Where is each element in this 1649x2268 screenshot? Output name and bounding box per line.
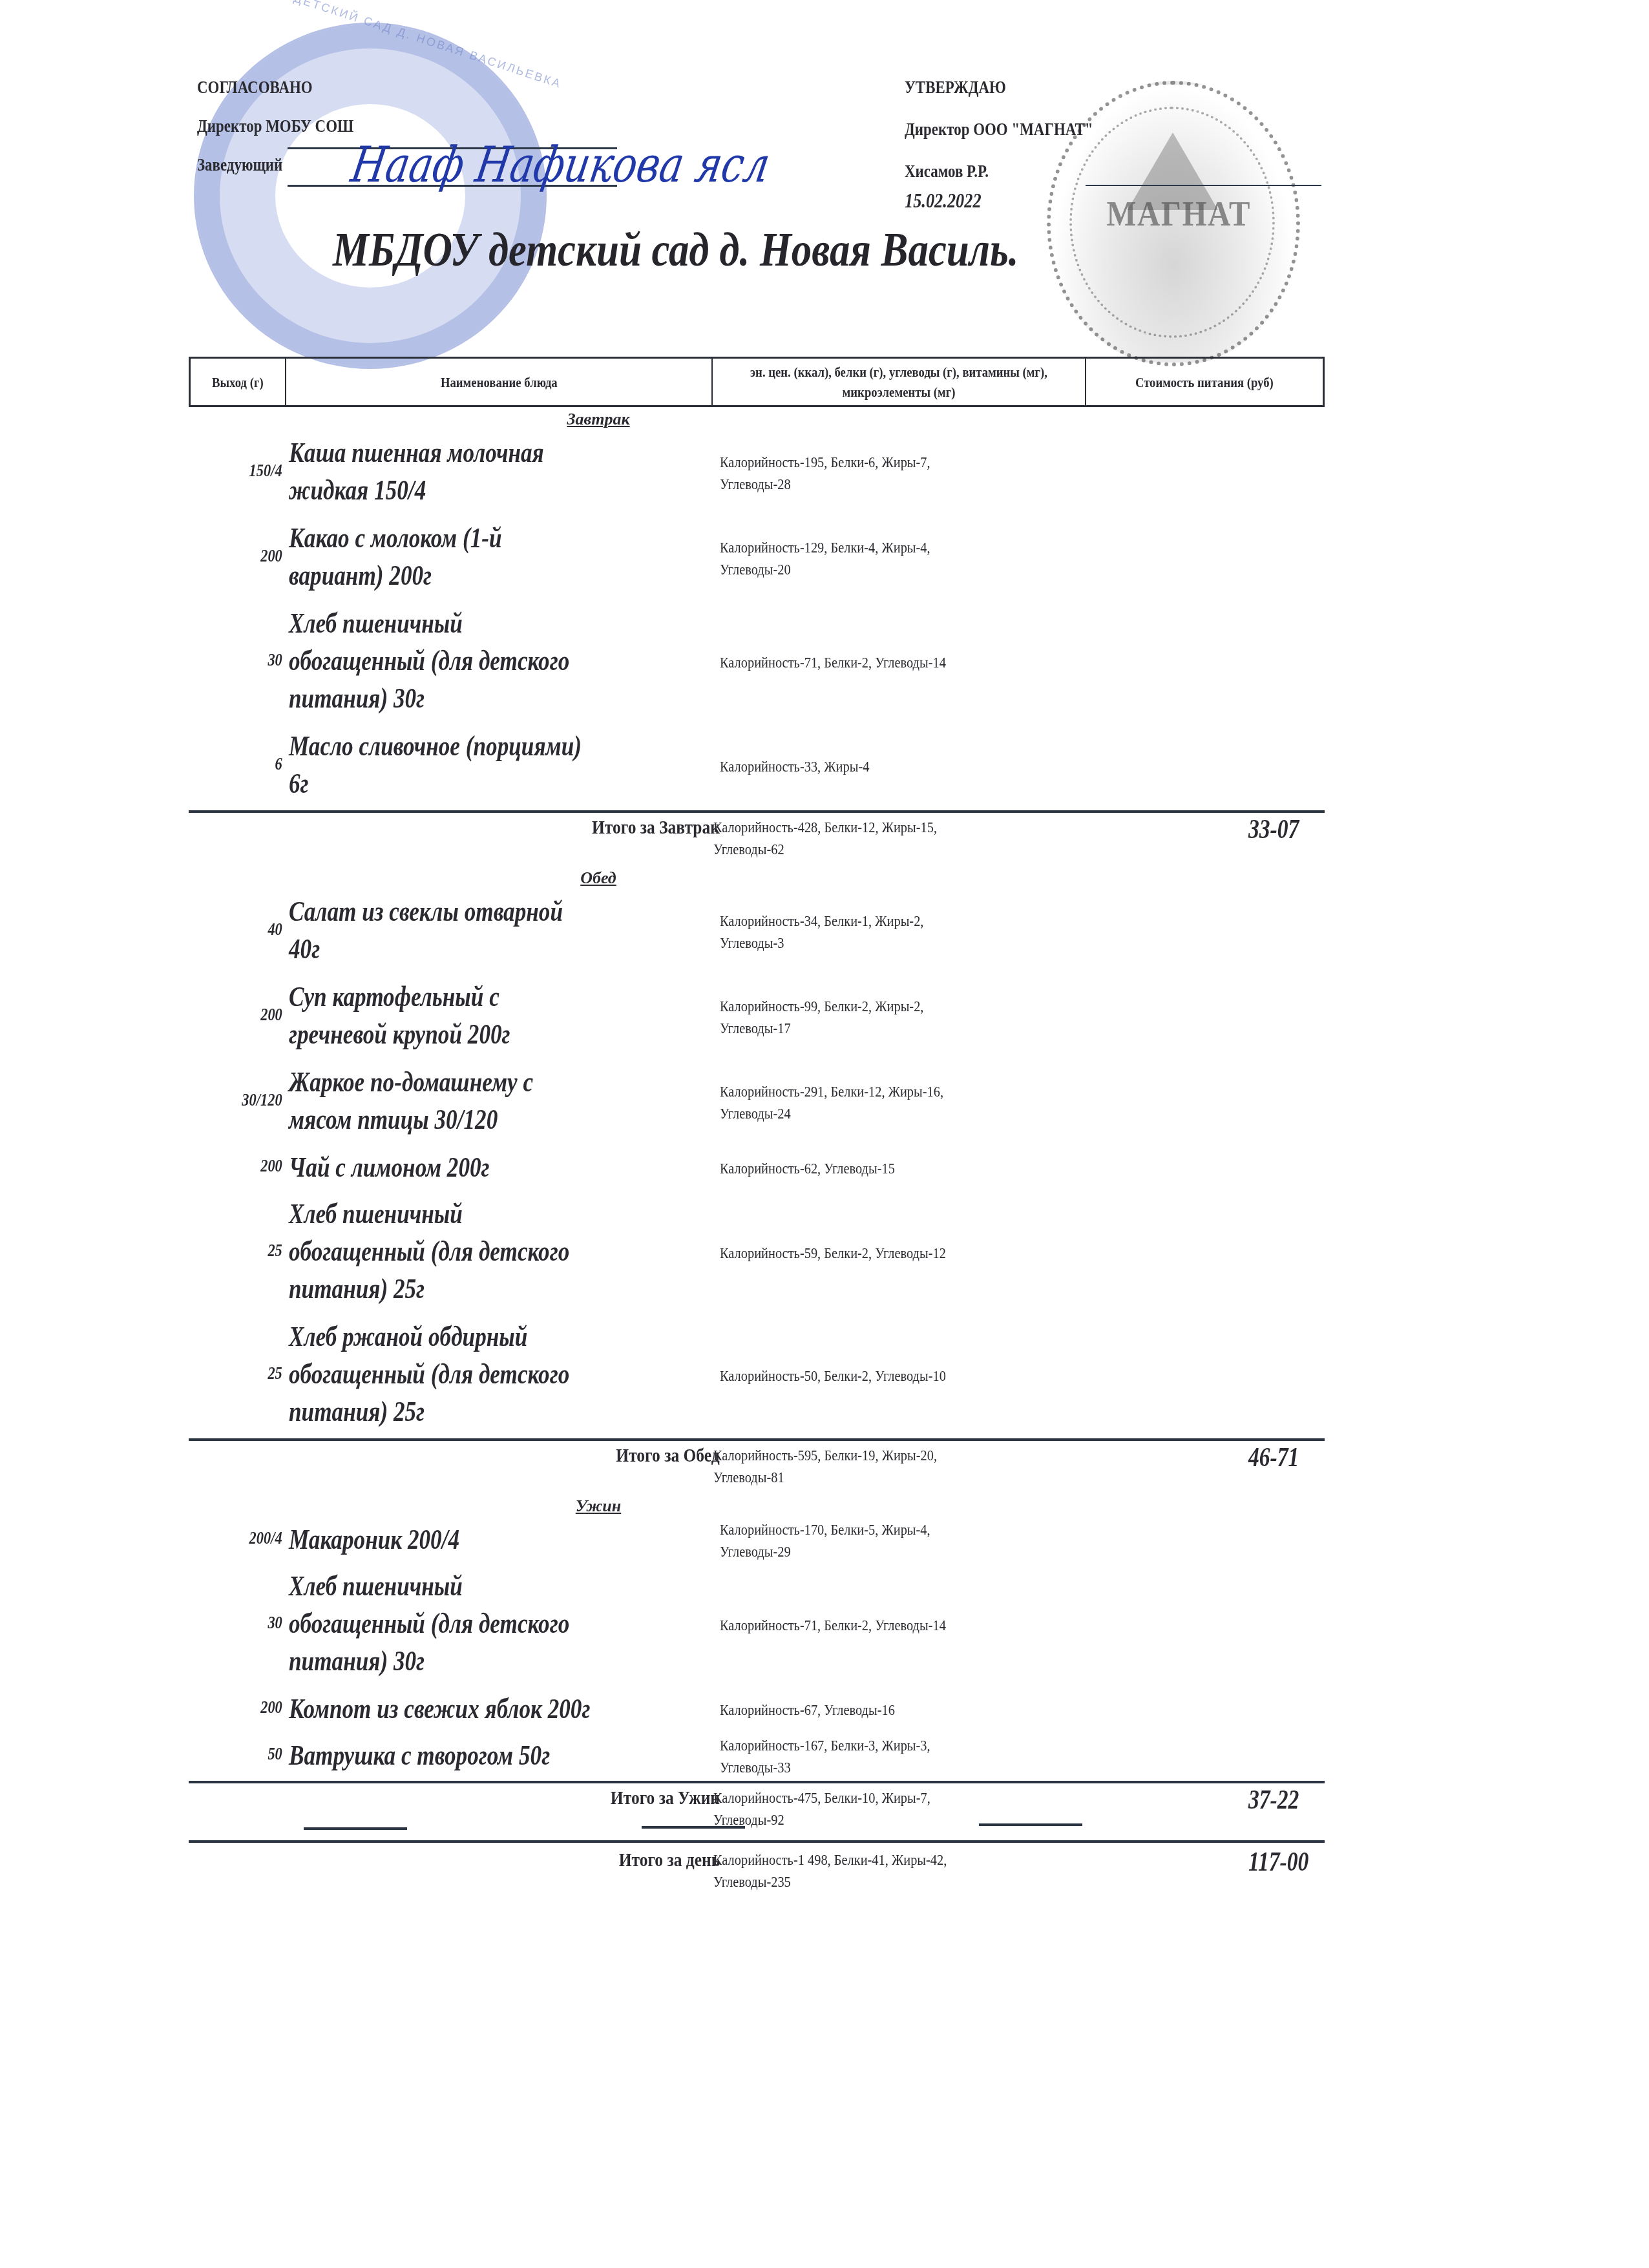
section-total-cost: 46-71 — [1248, 1442, 1299, 1473]
output-weight: 200 — [189, 1005, 284, 1025]
day-total-row: Итого за деньКалорийность-1 498, Белки-4… — [189, 1849, 1325, 1896]
section-total-nutrition: Калорийность-595, Белки-19, Жиры-20, Угл… — [713, 1445, 1101, 1489]
section-total-nutrition: Калорийность-428, Белки-12, Жиры-15, Угл… — [713, 817, 1101, 861]
dish-nutrition: Калорийность-167, Белки-3, Жиры-3, Углев… — [720, 1735, 1108, 1779]
approval-left-heading: СОГЛАСОВАНО — [197, 78, 313, 98]
section-title: Ужин — [0, 1496, 1423, 1516]
table-header: Выход (г) Наименование блюда эн. цен. (к… — [189, 357, 1325, 407]
header-cost: Стоимость питания (руб) — [1086, 359, 1323, 405]
dish-nutrition: Калорийность-170, Белки-5, Жиры-4, Углев… — [720, 1519, 1108, 1563]
day-total-cost: 117-00 — [1248, 1847, 1308, 1878]
menu-item-row: 40Салат из свеклы отварной40гКалорийност… — [189, 893, 1325, 972]
blank-signature-3 — [979, 1823, 1082, 1826]
menu-item-row: 6Масло сливочное (порциями)6гКалорийност… — [189, 728, 1325, 806]
dish-name: Жаркое по-домашнему смясом птицы 30/120 — [289, 1064, 728, 1139]
dish-name: Хлеб пшеничныйобогащенный (для детскогоп… — [289, 605, 728, 717]
approval-left-position: Директор МОБУ СОШ — [197, 116, 353, 136]
day-total-divider — [189, 1840, 1325, 1843]
dish-nutrition: Калорийность-71, Белки-2, Углеводы-14 — [720, 652, 1108, 674]
section-title: Завтрак — [0, 410, 1423, 429]
output-weight: 30/120 — [189, 1090, 284, 1111]
menu-item-row: 25Хлеб ржаной обдирныйобогащенный (для д… — [189, 1318, 1325, 1434]
section-total-cost: 33-07 — [1248, 814, 1299, 845]
menu-item-row: 200Какао с молоком (1-йвариант) 200гКало… — [189, 520, 1325, 598]
section-divider — [189, 1438, 1325, 1441]
dish-nutrition: Калорийность-195, Белки-6, Жиры-7, Углев… — [720, 452, 1108, 496]
dish-nutrition: Калорийность-50, Белки-2, Углеводы-10 — [720, 1365, 1108, 1387]
dish-name: Компот из свежих яблок 200г — [289, 1690, 728, 1728]
approval-left-role: Заведующий — [197, 155, 282, 175]
dish-name: Чай с лимоном 200г — [289, 1149, 728, 1186]
approval-right-position: Директор ООО "МАГНАТ" — [905, 120, 1093, 140]
menu-item-row: 200Чай с лимоном 200гКалорийность-62, Уг… — [189, 1149, 1325, 1189]
dish-name: Хлеб пшеничныйобогащенный (для детскогоп… — [289, 1195, 728, 1308]
output-weight: 40 — [189, 919, 284, 940]
dish-name: Суп картофельный сгречневой крупой 200г — [289, 978, 728, 1053]
header-nutrition: эн. цен. (ккал), белки (г), углеводы (г)… — [713, 359, 1086, 405]
day-total-nutrition: Калорийность-1 498, Белки-41, Жиры-42, У… — [713, 1849, 1101, 1893]
output-weight: 30 — [189, 650, 284, 671]
menu-item-row: 200/4Макароник 200/4Калорийность-170, Бе… — [189, 1521, 1325, 1561]
school-stamp — [194, 23, 547, 369]
menu-item-row: 30Хлеб пшеничныйобогащенный (для детског… — [189, 605, 1325, 721]
company-stamp-text: МАГНАТ — [1106, 194, 1251, 234]
dish-name: Масло сливочное (порциями)6г — [289, 728, 728, 803]
section-total-row: Итого за ОбедКалорийность-595, Белки-19,… — [189, 1445, 1325, 1491]
header-output: Выход (г) — [191, 359, 286, 405]
output-weight: 25 — [189, 1241, 284, 1261]
output-weight: 200 — [189, 1697, 284, 1718]
menu-item-row: 30Хлеб пшеничныйобогащенный (для детског… — [189, 1568, 1325, 1684]
dish-nutrition: Калорийность-33, Жиры-4 — [720, 756, 1108, 778]
output-weight: 200 — [189, 1156, 284, 1177]
approval-right-name: Хисамов Р.Р. — [905, 162, 989, 182]
menu-item-row: 200Компот из свежих яблок 200гКалорийнос… — [189, 1690, 1325, 1730]
output-weight: 50 — [189, 1744, 284, 1765]
dish-name: Хлеб ржаной обдирныйобогащенный (для дет… — [289, 1318, 728, 1431]
output-weight: 150/4 — [189, 461, 284, 481]
director-signature: Нааф Нафикова ясл — [347, 136, 773, 193]
menu-item-row: 50Ватрушка с творогом 50гКалорийность-16… — [189, 1737, 1325, 1777]
menu-item-row: 200 Суп картофельный сгречневой крупой 2… — [189, 978, 1325, 1057]
dish-nutrition: Калорийность-129, Белки-4, Жиры-4, Углев… — [720, 537, 1108, 581]
dish-nutrition: Калорийность-62, Углеводы-15 — [720, 1158, 1108, 1180]
section-total-label: Итого за Ужин — [611, 1787, 720, 1809]
dish-nutrition: Калорийность-34, Белки-1, Жиры-2, Углево… — [720, 910, 1108, 954]
output-weight: 6 — [189, 754, 284, 775]
section-total-cost: 37-22 — [1248, 1785, 1299, 1816]
dish-name: Каша пшенная молочнаяжидкая 150/4 — [289, 434, 728, 509]
dish-name: Макароник 200/4 — [289, 1521, 728, 1559]
section-divider — [189, 810, 1325, 813]
output-weight: 30 — [189, 1613, 284, 1633]
approval-date: 15.02.2022 — [905, 189, 982, 213]
approval-right-signature-line — [1086, 185, 1321, 186]
section-title: Обед — [0, 868, 1423, 888]
dish-name: Ватрушка с творогом 50г — [289, 1737, 728, 1774]
output-weight: 200/4 — [189, 1528, 284, 1549]
section-total-label: Итого за Обед — [616, 1445, 720, 1467]
blank-signature-2 — [642, 1826, 745, 1829]
dish-name: Хлеб пшеничныйобогащенный (для детскогоп… — [289, 1568, 728, 1680]
blank-signature-1 — [304, 1827, 407, 1830]
dish-nutrition: Калорийность-291, Белки-12, Жиры-16, Угл… — [720, 1081, 1108, 1125]
dish-name: Какао с молоком (1-йвариант) 200г — [289, 520, 728, 594]
section-total-label: Итого за Завтрак — [592, 817, 720, 839]
dish-nutrition: Калорийность-67, Углеводы-16 — [720, 1699, 1108, 1721]
menu-item-row: 150/4Каша пшенная молочнаяжидкая 150/4Ка… — [189, 434, 1325, 513]
dish-nutrition: Калорийность-59, Белки-2, Углеводы-12 — [720, 1243, 1108, 1265]
day-total-label: Итого за день — [618, 1849, 720, 1871]
output-weight: 25 — [189, 1363, 284, 1384]
dish-nutrition: Калорийность-71, Белки-2, Углеводы-14 — [720, 1615, 1108, 1637]
page-title: МБДОУ детский сад д. Новая Василь. — [333, 223, 1019, 278]
header-dish-name: Наименование блюда — [286, 359, 713, 405]
section-divider — [189, 1781, 1325, 1783]
menu-item-row: 25Хлеб пшеничныйобогащенный (для детског… — [189, 1195, 1325, 1312]
dish-nutrition: Калорийность-99, Белки-2, Жиры-2, Углево… — [720, 996, 1108, 1040]
dish-name: Салат из свеклы отварной40г — [289, 893, 728, 968]
section-total-row: Итого за ЗавтракКалорийность-428, Белки-… — [189, 817, 1325, 863]
output-weight: 200 — [189, 546, 284, 567]
menu-item-row: 30/120Жаркое по-домашнему смясом птицы 3… — [189, 1064, 1325, 1142]
approval-right-heading: УТВЕРЖДАЮ — [905, 78, 1006, 98]
